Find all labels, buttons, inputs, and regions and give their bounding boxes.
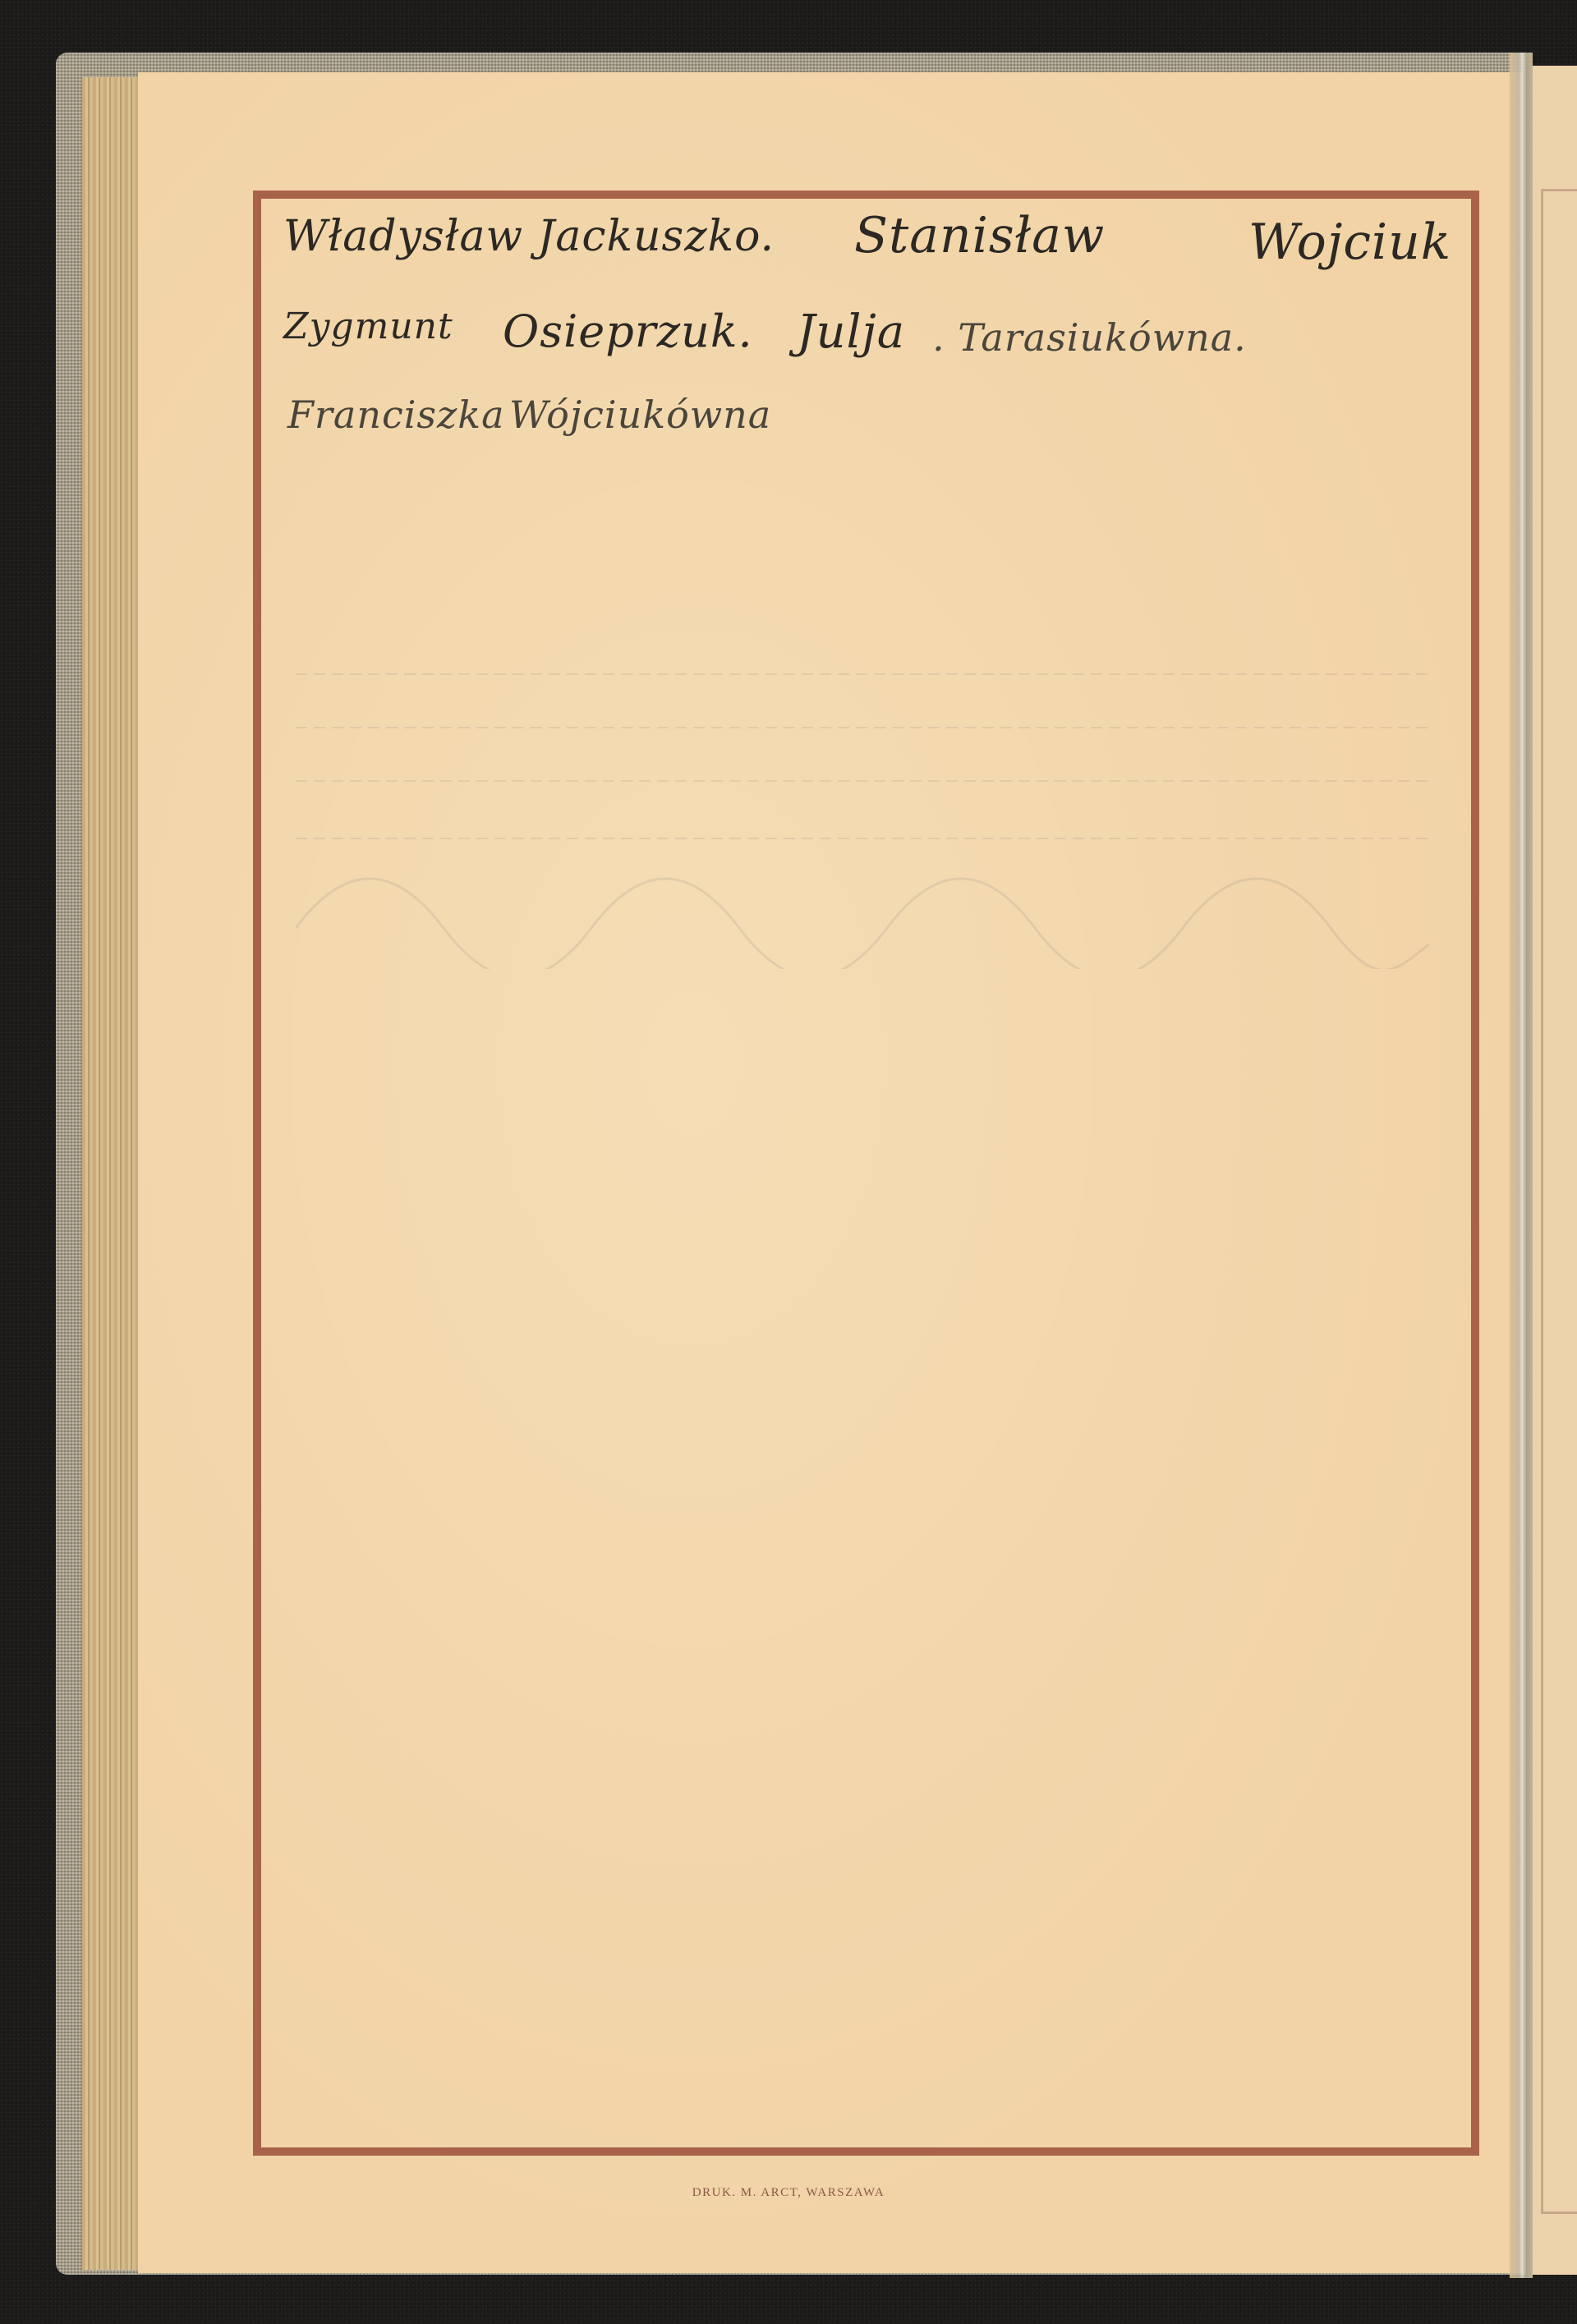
handwritten-name-8: Franciszka (287, 393, 505, 437)
handwritten-name-5: Osieprzuk. (503, 305, 753, 357)
facing-page-edge (1533, 66, 1577, 2275)
printer-imprint: DRUK. M. ARCT, WARSZAWA (0, 2186, 1577, 2200)
handwritten-name-3: Wojciuk (1248, 214, 1451, 271)
handwritten-name-6: Julja (797, 305, 905, 359)
handwritten-name-4: Zygmunt (283, 305, 453, 347)
handwritten-name-1: Władysław Jackuszko. (283, 212, 775, 261)
facing-page-frame (1541, 189, 1577, 2214)
handwritten-name-7: . Tarasiukówna. (932, 315, 1247, 360)
page-edges (82, 77, 141, 2270)
page-border-frame (253, 191, 1479, 2156)
handwritten-name-9: Wójciukówna (509, 393, 771, 437)
handwritten-name-2: Stanisław (854, 207, 1105, 264)
page-gutter (1510, 53, 1533, 2278)
